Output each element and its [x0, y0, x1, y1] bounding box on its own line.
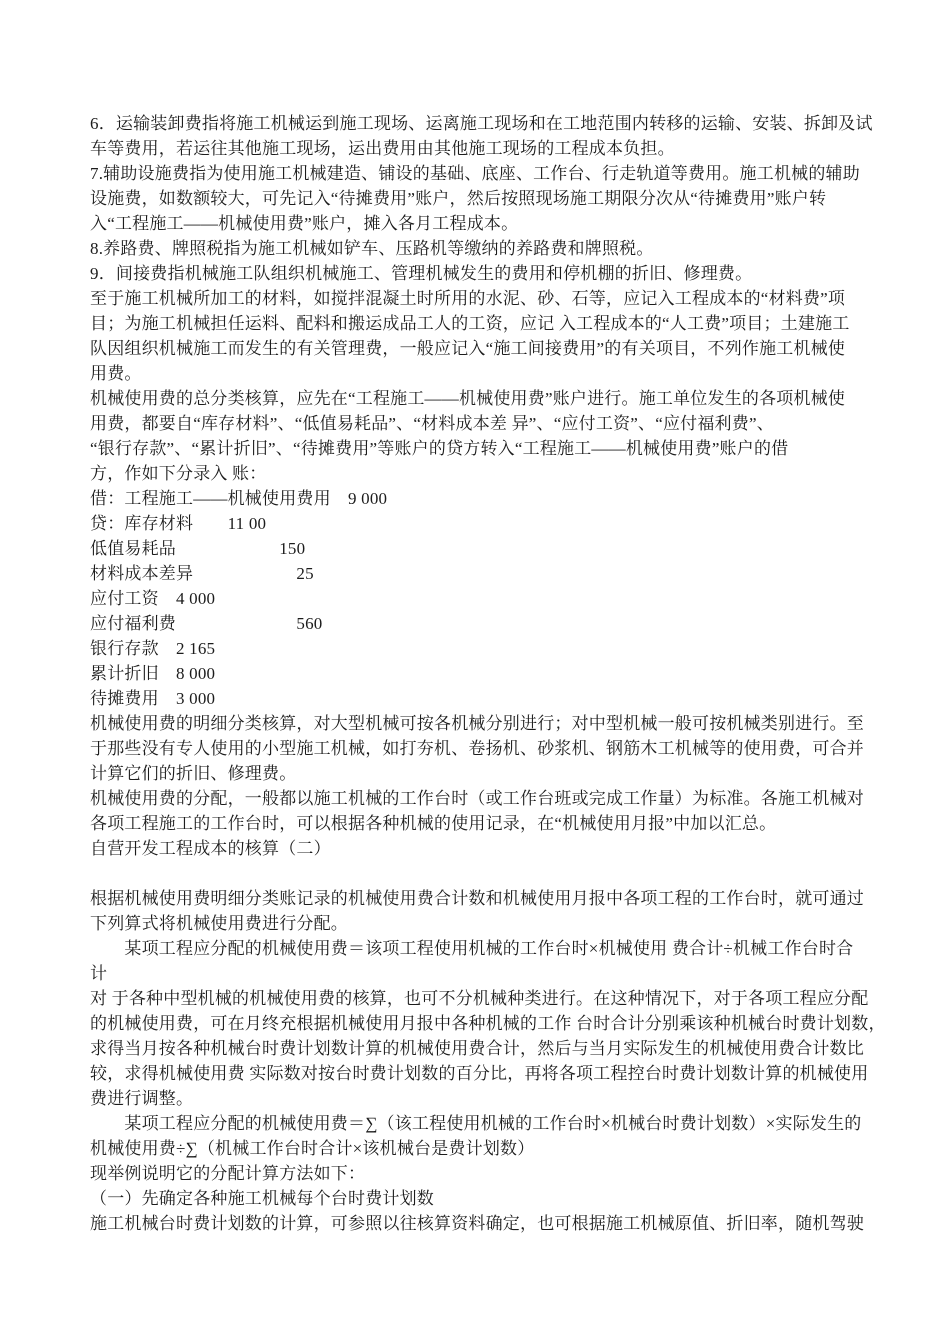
text-line: 某项工程应分配的机械使用费＝该项工程使用机械的工作台时×机械使用 费合计÷机械工… [90, 936, 880, 961]
text-line: 至于施工机械所加工的材料，如搅拌混凝土时所用的水泥、砂、石等，应记入工程成本的“… [90, 286, 880, 311]
text-line: 较，求得机械使用费 实际数对按台时费计划数的百分比，再将各项工程控台时费计划数计… [90, 1061, 880, 1086]
text-line: 银行存款 2 165 [90, 636, 880, 661]
text-line: 待摊费用 3 000 [90, 686, 880, 711]
text-line: 根据机械使用费明细分类账记录的机械使用费合计数和机械使用月报中各项工程的工作台时… [90, 886, 880, 911]
text-line: 方，作如下分录入 账： [90, 461, 880, 486]
text-line: 费进行调整。 [90, 1086, 880, 1111]
document-page: 6．运输装卸费指将施工机械运到施工现场、运离施工现场和在工地范围内转移的运输、安… [90, 111, 880, 1236]
text-line: 应付工资 4 000 [90, 586, 880, 611]
text-line: 求得当月按各种机械台时费计划数计算的机械使用费合计，然后与当月实际发生的机械使用… [90, 1036, 880, 1061]
text-line: 材料成本差异 25 [90, 561, 880, 586]
text-line: 于那些没有专人使用的小型施工机械，如打夯机、卷扬机、砂浆机、钢筋木工机械等的使用… [90, 736, 880, 761]
text-line: 计算它们的折旧、修理费。 [90, 761, 880, 786]
text-line: 队因组织机械施工而发生的有关管理费，一般应记入“施工间接费用”的有关项目，不列作… [90, 336, 880, 361]
text-line: 下列算式将机械使用费进行分配。 [90, 911, 880, 936]
text-line: 7.辅助设施费指为使用施工机械建造、铺设的基础、底座、工作台、行走轨道等费用。施… [90, 161, 880, 186]
text-line: 的机械使用费，可在月终充根据机械使用月报中各种机械的工作 台时合计分别乘该种机械… [90, 1011, 880, 1036]
text-line: 对 于各种中型机械的机械使用费的核算，也可不分机械种类进行。在这种情况下，对于各… [90, 986, 880, 1011]
text-line: 用费，都要自“库存材料”、“低值易耗品”、“材料成本差 异”、“应付工资”、“应… [90, 411, 880, 436]
text-line: 累计折旧 8 000 [90, 661, 880, 686]
text-line: 施工机械台时费计划数的计算，可参照以往核算资料确定，也可根据施工机械原值、折旧率… [90, 1211, 880, 1236]
text-line: “银行存款”、“累计折旧”、“待摊费用”等账户的贷方转入“工程施工——机械使用费… [90, 436, 880, 461]
text-line: 计 [90, 961, 880, 986]
text-line: 机械使用费÷∑（机械工作台时合计×该机械台是费计划数） [90, 1136, 880, 1161]
text-line: 6．运输装卸费指将施工机械运到施工现场、运离施工现场和在工地范围内转移的运输、安… [90, 111, 880, 136]
text-line: 机械使用费的分配，一般都以施工机械的工作台时（或工作台班或完成工作量）为标准。各… [90, 786, 880, 811]
text-line: 各项工程施工的工作台时，可以根据各种机械的使用记录，在“机械使用月报”中加以汇总… [90, 811, 880, 836]
text-line: 借：工程施工——机械使用费用 9 000 [90, 486, 880, 511]
text-line: 车等费用，若运往其他施工现场，运出费用由其他施工现场的工程成本负担。 [90, 136, 880, 161]
text-line: 贷：库存材料 11 00 [90, 511, 880, 536]
text-line: 应付福利费 560 [90, 611, 880, 636]
text-line: 自营开发工程成本的核算（二） [90, 836, 880, 861]
text-line: 某项工程应分配的机械使用费＝∑（该工程使用机械的工作台时×机械台时费计划数）×实… [90, 1111, 880, 1136]
text-line: 机械使用费的总分类核算，应先在“工程施工——机械使用费”账户进行。施工单位发生的… [90, 386, 880, 411]
text-line: 用费。 [90, 361, 880, 386]
text-line: 入“工程施工——机械使用费”账户，摊入各月工程成本。 [90, 211, 880, 236]
text-line: 8.养路费、牌照税指为施工机械如铲车、压路机等缴纳的养路费和牌照税。 [90, 236, 880, 261]
blank-line [90, 861, 880, 886]
text-line: （一）先确定各种施工机械每个台时费计划数 [90, 1186, 880, 1211]
text-line: 目；为施工机械担任运料、配料和搬运成品工人的工资，应记 入工程成本的“人工费”项… [90, 311, 880, 336]
text-line: 设施费，如数额较大，可先记入“待摊费用”账户，然后按照现场施工期限分次从“待摊费… [90, 186, 880, 211]
text-line: 现举例说明它的分配计算方法如下： [90, 1161, 880, 1186]
text-line: 低值易耗品 150 [90, 536, 880, 561]
text-line: 机械使用费的明细分类核算，对大型机械可按各机械分别进行；对中型机械一般可按机械类… [90, 711, 880, 736]
text-line: 9．间接费指机械施工队组织机械施工、管理机械发生的费用和停机棚的折旧、修理费。 [90, 261, 880, 286]
